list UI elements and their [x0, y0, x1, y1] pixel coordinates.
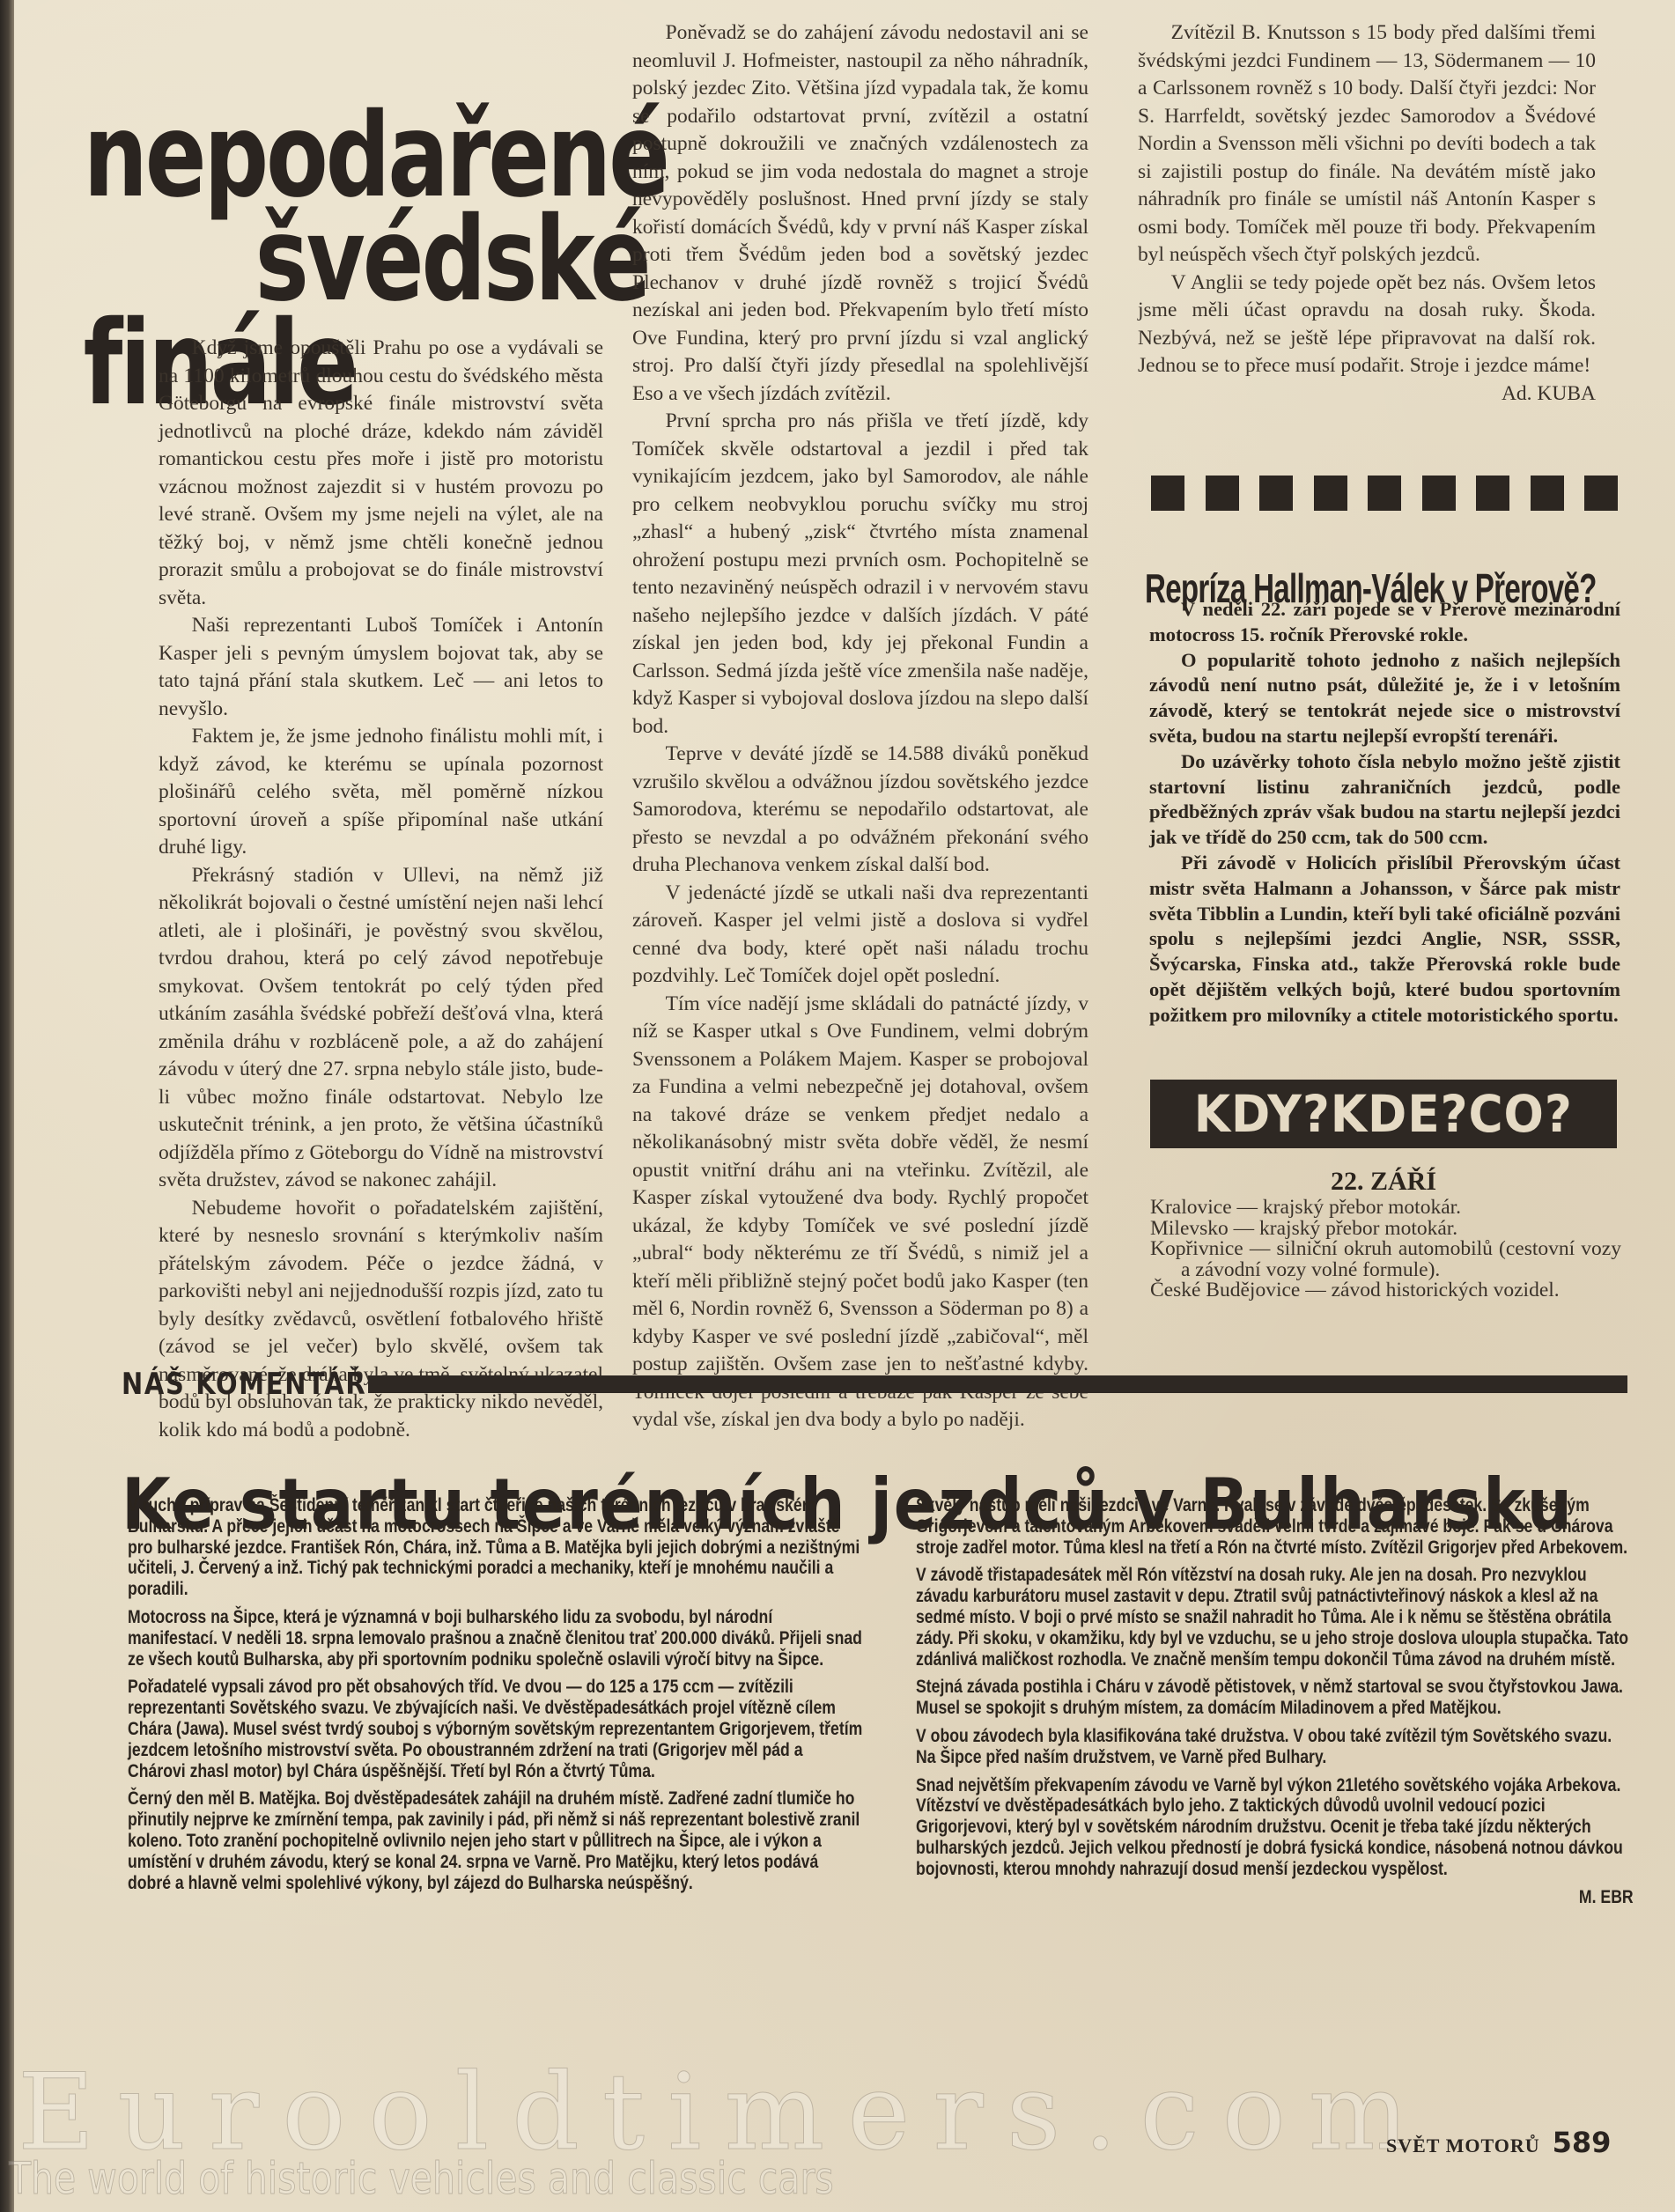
article3-column-left: V ruchu příprav na Šestidenní téměř zani…: [128, 1495, 863, 1900]
magazine-name: SVĚT MOTORŮ: [1386, 2135, 1540, 2157]
page-number: 589: [1553, 2126, 1612, 2159]
article2-paragraph: O popularitě tohoto jednoho z našich nej…: [1149, 648, 1620, 749]
event-list: Kralovice — krajský přebor motokár. Mile…: [1150, 1198, 1621, 1301]
article3-author: M. EBR: [916, 1887, 1634, 1908]
event-item: České Budějovice — závod historických vo…: [1150, 1280, 1621, 1301]
banner-text: KDY?KDE?CO?: [1194, 1084, 1573, 1144]
kicker-rule: [368, 1375, 1627, 1393]
column-text: V ruchu příprav na Šestidenní téměř zani…: [128, 1495, 863, 1893]
page-footer: SVĚT MOTORŮ 589: [1386, 2126, 1611, 2159]
article1-paragraph: Když jsme opouštěli Prahu po ose a vydáv…: [159, 335, 603, 612]
kdy-kde-co-banner: KDY?KDE?CO?: [1150, 1080, 1617, 1148]
article1-paragraph: Teprve v deváté jízdě se 14.588 diváků p…: [632, 741, 1088, 880]
article1-paragraph: Poněvadž se do zahájení závodu nedostavi…: [632, 19, 1088, 408]
square-ornament: [1422, 476, 1456, 511]
commentary-kicker-row: NÁŠ KOMENTÁŘ: [122, 1367, 1627, 1402]
article2-paragraph: Do uzávěrky tohoto čísla nebylo možno je…: [1149, 749, 1620, 851]
article3-paragraph: Motocross na Šipce, která je významná v …: [128, 1607, 863, 1670]
event-item: Kopřivnice — silniční okruh automobilů (…: [1150, 1239, 1621, 1280]
article1-paragraph: V jedenácté jízdě se utkali naši dva rep…: [632, 880, 1088, 991]
article3-paragraph: V závodě třistapadesátek měl Rón vítězst…: [916, 1565, 1634, 1670]
article1-column-2: Poněvadž se do zahájení závodu nedostavi…: [632, 19, 1088, 1434]
article1-paragraph: Zvítězil B. Knutsson s 15 body před dalš…: [1138, 19, 1596, 269]
commentary-kicker: NÁŠ KOMENTÁŘ: [122, 1367, 346, 1402]
article1-author: Ad. KUBA: [1138, 380, 1596, 409]
article2-body: V neděli 22. září pojede se v Přerově me…: [1149, 597, 1620, 1029]
article3-paragraph: V obou závodech byla klasifikována také …: [916, 1726, 1634, 1768]
article1-paragraph: Nebudeme hovořit o pořadatelském zajiště…: [159, 1195, 603, 1445]
event-date-heading: 22. ZÁŘÍ: [1150, 1167, 1617, 1197]
article1-paragraph: Faktem je, že jsme jednoho finálistu moh…: [159, 723, 603, 862]
article1-paragraph: Překrásný stadión v Ullevi, na němž již …: [159, 862, 603, 1195]
square-ornament: [1151, 476, 1184, 511]
article3-paragraph: Černý den měl B. Matějka. Boj dvěstěpade…: [128, 1788, 863, 1893]
article1-paragraph: První sprcha pro nás přišla ve třetí jíz…: [632, 408, 1088, 741]
article1-column-1: Když jsme opouštěli Prahu po ose a vydáv…: [159, 335, 603, 1444]
article3-paragraph: Stejná závada postihla i Cháru v závodě …: [916, 1677, 1634, 1719]
square-ornament: [1314, 476, 1347, 511]
article3-paragraph: Skvělý nástup měli naši jezdci i ve Varn…: [916, 1495, 1634, 1558]
article3-column-right: Skvělý nástup měli naši jezdci i ve Varn…: [916, 1495, 1634, 1914]
article3-paragraph: V ruchu příprav na Šestidenní téměř zani…: [128, 1495, 863, 1600]
square-ornament: [1206, 476, 1239, 511]
article1-column-3: Zvítězil B. Knutsson s 15 body před dalš…: [1138, 19, 1596, 408]
article3-paragraph: Snad největším překvapením závodu ve Var…: [916, 1775, 1634, 1880]
square-ornament: [1531, 476, 1564, 511]
article1-paragraph: Naši reprezentanti Luboš Tomíček i Anton…: [159, 612, 603, 723]
page-spine-edge: [0, 0, 14, 2212]
decorative-square-rule: [1151, 476, 1618, 518]
article2-paragraph: Při závodě v Holicích přislíbil Přerovsk…: [1149, 851, 1620, 1029]
event-item: Milevsko — krajský přebor motokár.: [1150, 1219, 1621, 1240]
square-ornament: [1476, 476, 1509, 511]
square-ornament: [1259, 476, 1293, 511]
square-ornament: [1584, 476, 1618, 511]
column-text: Skvělý nástup měli naši jezdci i ve Varn…: [916, 1495, 1634, 1907]
article1-paragraph: V Anglii se tedy pojede opět bez nás. Ov…: [1138, 269, 1596, 380]
article2-paragraph: V neděli 22. září pojede se v Přerově me…: [1149, 597, 1620, 648]
article3-paragraph: Pořadatelé vypsali závod pro pět obsahov…: [128, 1677, 863, 1781]
watermark-tagline: The world of historic vehicles and class…: [9, 2153, 834, 2204]
event-item: Kralovice — krajský přebor motokár.: [1150, 1198, 1621, 1219]
square-ornament: [1368, 476, 1401, 511]
